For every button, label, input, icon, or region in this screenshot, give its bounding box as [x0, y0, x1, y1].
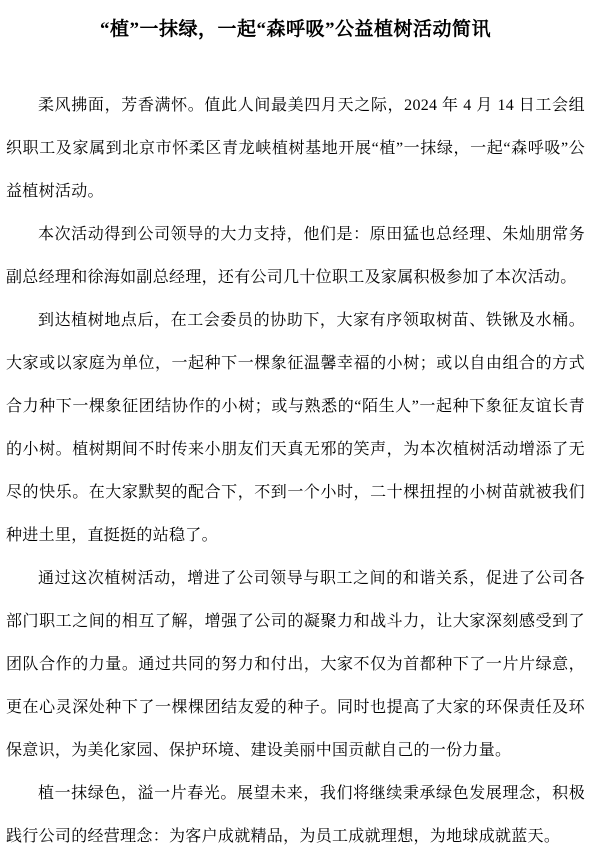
body-paragraph: 柔风拂面，芳香满怀。值此人间最美四月天之际，2024 年 4 月 14 日工会组…: [6, 84, 585, 213]
document-page: “植”一抹绿，一起“森呼吸”公益植树活动简讯 柔风拂面，芳香满怀。值此人间最美四…: [0, 0, 593, 862]
body-paragraph: 到达植树地点后，在工会委员的协助下，大家有序领取树苗、铁锹及水桶。大家或以家庭为…: [6, 299, 585, 557]
body-paragraph: 通过这次植树活动，增进了公司领导与职工之间的和谐关系，促进了公司各部门职工之间的…: [6, 557, 585, 772]
body-paragraph: 本次活动得到公司领导的大力支持，他们是：原田猛也总经理、朱灿朋常务副总经理和徐海…: [6, 213, 585, 299]
document-body: 柔风拂面，芳香满怀。值此人间最美四月天之际，2024 年 4 月 14 日工会组…: [6, 84, 585, 858]
document-title: “植”一抹绿，一起“森呼吸”公益植树活动简讯: [6, 12, 585, 48]
body-paragraph: 植一抹绿色，溢一片春光。展望未来，我们将继续秉承绿色发展理念，积极践行公司的经营…: [6, 772, 585, 858]
